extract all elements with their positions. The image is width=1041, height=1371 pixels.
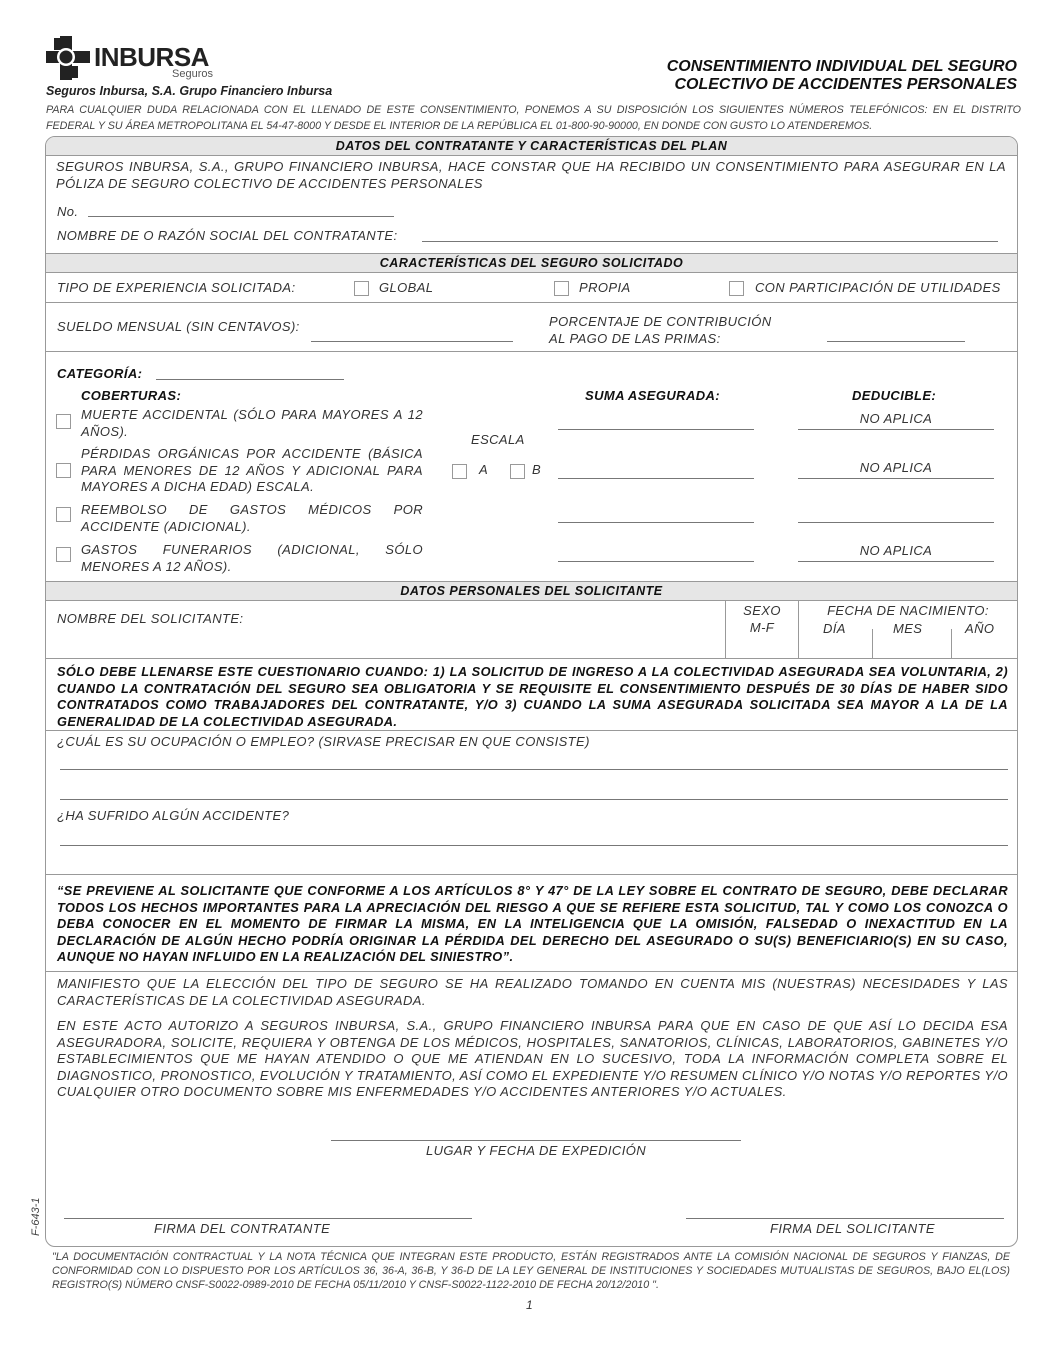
- consent-form: DATOS DEL CONTRATANTE Y CARACTERÍSTICAS …: [45, 136, 1018, 1247]
- policy-number-label: No.: [57, 204, 78, 221]
- escala-b-label: B: [532, 462, 541, 479]
- answer-ocupacion-line-1[interactable]: [60, 769, 1008, 770]
- checkbox-gastos-funerarios[interactable]: [56, 547, 71, 562]
- anio-label: AÑO: [965, 621, 994, 638]
- checkbox-escala-b[interactable]: [510, 464, 525, 479]
- cobertura-muerte-accidental: MUERTE ACCIDENTAL (SÓLO PARA MAYORES A 1…: [81, 407, 423, 440]
- divider: [46, 971, 1017, 972]
- porcentaje-field[interactable]: [827, 341, 965, 342]
- option-propia-label: PROPIA: [579, 280, 631, 297]
- checkbox-global[interactable]: [354, 281, 369, 296]
- cobertura-gastos-funerarios: GASTOS FUNERARIOS (ADICIONAL, SÓLO MENOR…: [81, 542, 423, 575]
- section-heading-caracteristicas: CARACTERÍSTICAS DEL SEGURO SOLICITADO: [46, 253, 1017, 273]
- title-line-1: CONSENTIMIENTO INDIVIDUAL DEL SEGURO: [667, 58, 1017, 76]
- firma-solicitante-label: FIRMA DEL SOLICITANTE: [770, 1221, 935, 1238]
- sexo-label-2: M-F: [726, 620, 798, 637]
- form-code: F-643-1: [30, 1197, 42, 1236]
- deducible-value-2: NO APLICA: [798, 460, 994, 477]
- contratante-name-label: NOMBRE DE O RAZÓN SOCIAL DEL CONTRATANTE…: [57, 228, 398, 245]
- divider: [46, 730, 1017, 731]
- statement-text: SEGUROS INBURSA, S.A., GRUPO FINANCIERO …: [56, 159, 1006, 192]
- divider: [872, 629, 873, 658]
- checkbox-muerte-accidental[interactable]: [56, 414, 71, 429]
- inbursa-logo-icon: [46, 36, 90, 80]
- divider: [46, 302, 1017, 303]
- page-number: 1: [526, 1298, 533, 1312]
- escala-a-label: A: [479, 462, 488, 479]
- manifiesto-text: MANIFIESTO QUE LA ELECCIÓN DEL TIPO DE S…: [57, 976, 1008, 1009]
- sexo-label-1: SEXO: [726, 603, 798, 620]
- firma-contratante-label: FIRMA DEL CONTRATANTE: [154, 1221, 330, 1238]
- deducible-value-4: NO APLICA: [798, 543, 994, 560]
- checkbox-perdidas-organicas[interactable]: [56, 463, 71, 478]
- question-ocupacion: ¿CUÁL ES SU OCUPACIÓN O EMPLEO? (SIRVASE…: [57, 734, 590, 751]
- sueldo-field[interactable]: [311, 341, 513, 342]
- firma-solicitante-field[interactable]: [686, 1218, 1004, 1219]
- deducible-field-3[interactable]: [798, 522, 994, 523]
- suma-field-1[interactable]: [558, 429, 754, 430]
- deducible-field-4: [798, 561, 994, 562]
- policy-number-field[interactable]: [88, 216, 394, 217]
- tipo-experiencia-label: TIPO DE EXPERIENCIA SOLICITADA:: [57, 280, 296, 297]
- intro-text: PARA CUALQUIER DUDA RELACIONADA CON EL L…: [46, 102, 1021, 134]
- question-accidente: ¿HA SUFRIDO ALGÚN ACCIDENTE?: [57, 808, 289, 825]
- suma-field-3[interactable]: [558, 522, 754, 523]
- divider: [46, 351, 1017, 352]
- warning-text: “SE PREVIENE AL SOLICITANTE QUE CONFORME…: [57, 883, 1008, 966]
- checkbox-participacion[interactable]: [729, 281, 744, 296]
- mes-label: MES: [893, 621, 922, 638]
- divider: [46, 658, 1017, 659]
- escala-label: ESCALA: [471, 432, 525, 449]
- title-line-2: COLECTIVO DE ACCIDENTES PERSONALES: [667, 76, 1017, 94]
- porcentaje-label-1: PORCENTAJE DE CONTRIBUCIÓN: [549, 314, 772, 331]
- suma-asegurada-label: SUMA ASEGURADA:: [585, 388, 720, 405]
- legal-footer: "LA DOCUMENTACIÓN CONTRACTUAL Y LA NOTA …: [52, 1250, 1010, 1292]
- brand-sub: Seguros: [172, 68, 213, 80]
- sueldo-label: SUELDO MENSUAL (SIN CENTAVOS):: [57, 319, 300, 336]
- coberturas-label: COBERTURAS:: [81, 388, 181, 405]
- suma-field-2[interactable]: [558, 478, 754, 479]
- categoria-field[interactable]: [156, 379, 344, 380]
- option-global-label: GLOBAL: [379, 280, 433, 297]
- autorizo-text: EN ESTE ACTO AUTORIZO A SEGUROS INBURSA,…: [57, 1018, 1008, 1101]
- cobertura-perdidas-organicas: PÉRDIDAS ORGÁNICAS POR ACCIDENTE (BÁSICA…: [81, 446, 423, 496]
- checkbox-escala-a[interactable]: [452, 464, 467, 479]
- divider: [46, 874, 1017, 875]
- cobertura-reembolso-gastos: REEMBOLSO DE GASTOS MÉDICOS POR ACCIDENT…: [81, 502, 423, 535]
- option-participacion-label: CON PARTICIPACIÓN DE UTILIDADES: [755, 280, 1001, 297]
- suma-field-4[interactable]: [558, 561, 754, 562]
- lugar-fecha-field[interactable]: [331, 1140, 741, 1141]
- porcentaje-label-2: AL PAGO DE LAS PRIMAS:: [549, 331, 721, 348]
- inbursa-logo: INBURSA Seguros: [44, 34, 234, 82]
- deducible-field-2: [798, 478, 994, 479]
- company-name: Seguros Inbursa, S.A. Grupo Financiero I…: [46, 84, 332, 98]
- categoria-label: CATEGORÍA:: [57, 366, 142, 383]
- nombre-solicitante-label: NOMBRE DEL SOLICITANTE:: [57, 611, 243, 628]
- contratante-name-field[interactable]: [422, 241, 998, 242]
- lugar-fecha-label: LUGAR Y FECHA DE EXPEDICIÓN: [331, 1143, 741, 1160]
- dia-label: DÍA: [823, 621, 846, 638]
- cuestionario-note: SÓLO DEBE LLENARSE ESTE CUESTIONARIO CUA…: [57, 664, 1008, 730]
- answer-accidente-line[interactable]: [60, 845, 1008, 846]
- fecha-nacimiento-label: FECHA DE NACIMIENTO:: [799, 603, 1017, 620]
- checkbox-reembolso-gastos[interactable]: [56, 507, 71, 522]
- section-heading-datos-personales: DATOS PERSONALES DEL SOLICITANTE: [46, 581, 1017, 601]
- firma-contratante-field[interactable]: [64, 1218, 472, 1219]
- answer-ocupacion-line-2[interactable]: [60, 799, 1008, 800]
- checkbox-propia[interactable]: [554, 281, 569, 296]
- deducible-label: DEDUCIBLE:: [852, 388, 936, 405]
- section-heading-contratante: DATOS DEL CONTRATANTE Y CARACTERÍSTICAS …: [46, 137, 1017, 156]
- deducible-field-1: [798, 429, 994, 430]
- deducible-value-1: NO APLICA: [798, 411, 994, 428]
- divider: [951, 629, 952, 658]
- document-title: CONSENTIMIENTO INDIVIDUAL DEL SEGURO COL…: [667, 58, 1017, 94]
